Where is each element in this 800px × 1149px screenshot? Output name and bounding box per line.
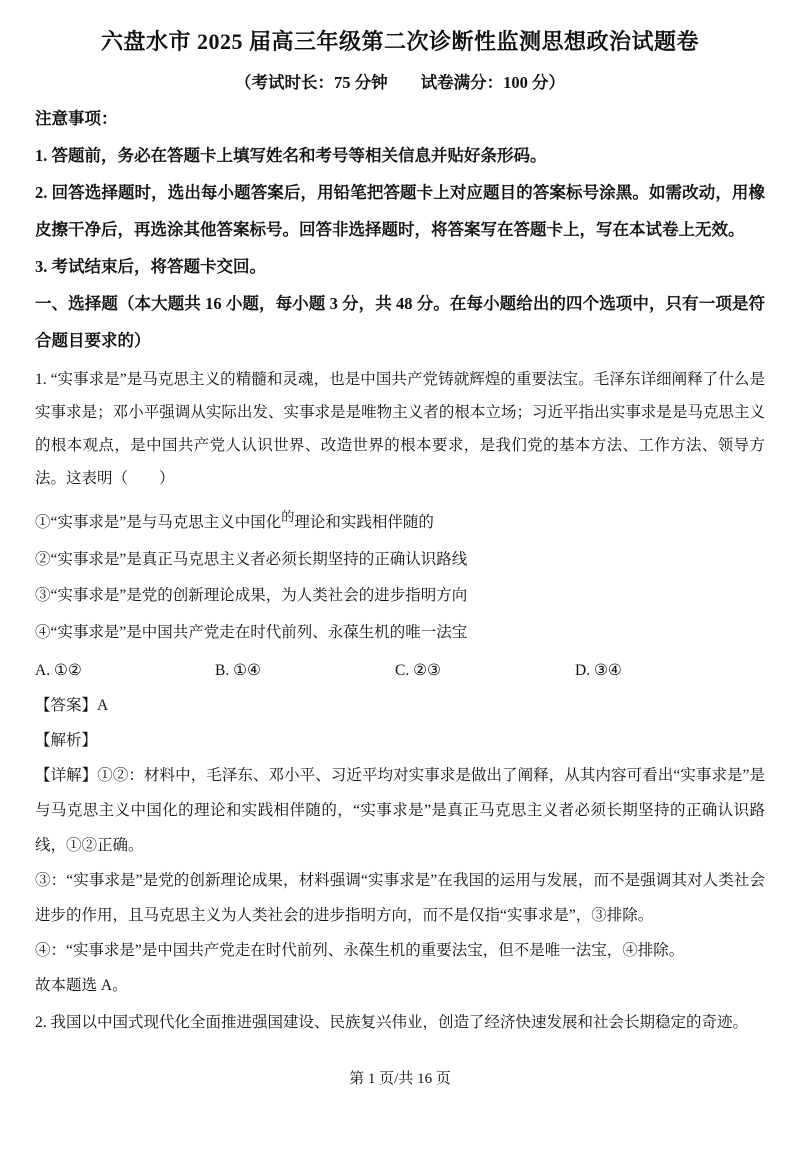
question1-stem: 1. “实事求是”是马克思主义的精髓和灵魂，也是中国共产党铸就辉煌的重要法宝。毛… bbox=[35, 363, 765, 495]
question1-statements: ①“实事求是”是与马克思主义中国化的理论和实践相伴随的 ②“实事求是”是真正马克… bbox=[35, 505, 765, 651]
notice-item-1: 1. 答题前，务必在答题卡上填写姓名和考号等相关信息并贴好条形码。 bbox=[35, 137, 765, 174]
detail-paragraph-3: ④：“实事求是”是中国共产党走在时代前列、永葆生机的重要法宝，但不是唯一法宝，④… bbox=[35, 933, 765, 968]
detail-paragraph-2: ③：“实事求是”是党的创新理论成果，材料强调“实事求是”在我国的运用与发展，而不… bbox=[35, 863, 765, 933]
choice-a: A. ①② bbox=[35, 653, 215, 688]
statement1-superscript: 的 bbox=[281, 509, 294, 524]
answer-line: 【答案】A bbox=[35, 688, 765, 723]
notice-item-2: 2. 回答选择题时，选出每小题答案后，用铅笔把答题卡上对应题目的答案标号涂黑。如… bbox=[35, 174, 765, 248]
detail-paragraph-4: 故本题选 A。 bbox=[35, 968, 765, 1003]
section-heading: 一、选择题（本大题共 16 小题，每小题 3 分，共 48 分。在每小题给出的四… bbox=[35, 285, 765, 359]
exam-subtitle: （考试时长：75 分钟 试卷满分：100 分） bbox=[35, 70, 765, 96]
page-footer: 第 1 页/共 16 页 bbox=[0, 1068, 800, 1090]
statement-line-3: ③“实事求是”是党的创新理论成果，为人类社会的进步指明方向 bbox=[35, 578, 765, 615]
statement1-pre: ①“实事求是”是与马克思主义中国化 bbox=[35, 514, 281, 531]
notice-heading: 注意事项： bbox=[35, 100, 765, 137]
choice-b: B. ①④ bbox=[215, 653, 395, 688]
statement-line-2: ②“实事求是”是真正马克思主义者必须长期坚持的正确认识路线 bbox=[35, 542, 765, 579]
exam-paper-page: 六盘水市 2025 届高三年级第二次诊断性监测思想政治试题卷 （考试时长：75 … bbox=[0, 0, 800, 1149]
notice-block: 注意事项： 1. 答题前，务必在答题卡上填写姓名和考号等相关信息并贴好条形码。 … bbox=[35, 100, 765, 285]
detail-paragraph-1: 【详解】①②：材料中，毛泽东、邓小平、习近平均对实事求是做出了阐释，从其内容可看… bbox=[35, 758, 765, 863]
statement1-post: 理论和实践相伴随的 bbox=[294, 514, 434, 531]
question2-stem: 2. 我国以中国式现代化全面推进强国建设、民族复兴伟业，创造了经济快速发展和社会… bbox=[35, 1006, 765, 1039]
statement-line-4: ④“实事求是”是中国共产党走在时代前列、永葆生机的唯一法宝 bbox=[35, 615, 765, 652]
choice-d: D. ③④ bbox=[575, 653, 622, 688]
page-title: 六盘水市 2025 届高三年级第二次诊断性监测思想政治试题卷 bbox=[35, 24, 765, 60]
statement-line-1: ①“实事求是”是与马克思主义中国化的理论和实践相伴随的 bbox=[35, 505, 765, 542]
analysis-line: 【解析】 bbox=[35, 723, 765, 758]
question1-choices: A. ①② B. ①④ C. ②③ D. ③④ bbox=[35, 653, 765, 688]
notice-item-3: 3. 考试结束后，将答题卡交回。 bbox=[35, 248, 765, 285]
choice-c: C. ②③ bbox=[395, 653, 575, 688]
